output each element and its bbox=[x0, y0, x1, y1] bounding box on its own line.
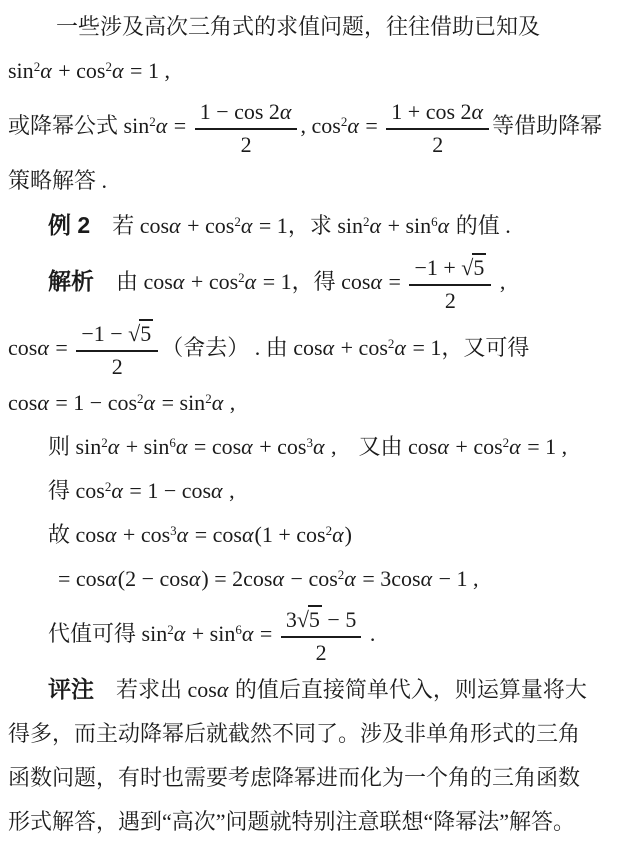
analysis-line-2: cosα = −1 − √52（舍去） . 由 cosα + cos2α = 1… bbox=[8, 315, 632, 381]
math-text: sin bbox=[142, 621, 168, 646]
math-variable: α bbox=[245, 269, 258, 294]
math-text: sin bbox=[337, 213, 363, 238]
fraction: −1 + √52 bbox=[409, 253, 491, 315]
chinese-text: 形式解答，遇到“高次”问题就特别注意联想“降幂法”解答。 bbox=[8, 809, 575, 834]
fraction-numerator: 1 − cos 2α bbox=[195, 97, 298, 130]
math-text: + sin bbox=[186, 621, 235, 646]
power-reduction-formulas: 或降幂公式 sin2α = 1 − cos 2α2, cos2α = 1 + c… bbox=[8, 93, 632, 159]
analysis-line-1: 解析 由 cosα + cos2α = 1，得 cosα = −1 + √52 … bbox=[8, 248, 632, 315]
math-variable: α bbox=[313, 434, 326, 459]
fraction: 1 + cos 2α2 bbox=[386, 97, 489, 159]
math-text: + cos bbox=[53, 58, 106, 83]
chinese-text: （舍去） bbox=[161, 335, 249, 360]
math-variable: α bbox=[242, 522, 255, 547]
chinese-text: 则 bbox=[48, 434, 76, 459]
math-text: ) bbox=[345, 522, 352, 547]
fraction-numerator: 1 + cos 2α bbox=[386, 97, 489, 130]
math-text: 2 bbox=[316, 640, 327, 665]
comment-line-4: 形式解答，遇到“高次”问题就特别注意联想“降幂法”解答。 bbox=[8, 800, 632, 844]
math-text: = bbox=[360, 113, 383, 138]
math-variable: α bbox=[189, 566, 202, 591]
radical-symbol: √ bbox=[461, 255, 472, 280]
fraction: 3√5 − 52 bbox=[281, 605, 362, 667]
fraction-numerator: 3√5 − 5 bbox=[281, 605, 362, 638]
math-text: , cos bbox=[300, 113, 340, 138]
chinese-text: 代值可得 bbox=[48, 621, 142, 646]
math-text: = sin bbox=[156, 390, 205, 415]
math-text: cos bbox=[341, 269, 370, 294]
math-variable: α bbox=[211, 478, 224, 503]
math-variable: α bbox=[177, 522, 190, 547]
math-text: = 1 bbox=[253, 213, 287, 238]
analysis-line-7: = cosα(2 − cosα) = 2cosα − cos2α = 3cosα… bbox=[8, 557, 632, 601]
math-text: = cos bbox=[189, 522, 242, 547]
chinese-text: 的值 bbox=[450, 213, 500, 238]
math-text: = 1 bbox=[407, 335, 441, 360]
analysis-line-5: 得 cos2α = 1 − cosα , bbox=[8, 469, 632, 513]
math-text: −1 − bbox=[81, 321, 128, 346]
superscript: 2 bbox=[205, 391, 212, 406]
radicand: 5 bbox=[139, 319, 153, 346]
math-variable: α bbox=[242, 621, 255, 646]
math-text: sin bbox=[118, 113, 149, 138]
analysis-line-4: 则 sin2α + sin6α = cosα + cos3α , 又由 cosα… bbox=[8, 425, 632, 469]
math-text: 1 + cos 2 bbox=[391, 99, 471, 124]
math-variable: α bbox=[437, 434, 450, 459]
math-text: . bbox=[249, 335, 266, 360]
math-text: cos bbox=[8, 335, 37, 360]
math-variable: α bbox=[217, 677, 230, 702]
math-text: + cos bbox=[335, 335, 388, 360]
math-text: , bbox=[224, 478, 235, 503]
fraction-numerator: −1 + √5 bbox=[409, 253, 491, 286]
fraction: 1 − cos 2α2 bbox=[195, 97, 298, 159]
chinese-text: 得多，而主动降幂后就截然不同了。涉及非单角形式的三角 bbox=[8, 721, 580, 746]
chinese-text: 若求出 bbox=[94, 677, 188, 702]
math-text: ) = 2cos bbox=[201, 566, 272, 591]
superscript: 2 bbox=[363, 214, 370, 229]
math-variable: α bbox=[173, 269, 186, 294]
chinese-text: 策略解答 bbox=[8, 168, 96, 193]
chinese-text: ，得 bbox=[292, 269, 342, 294]
chinese-text: 的值后直接简单代入，则运算量将大 bbox=[229, 677, 587, 702]
math-text: cos bbox=[293, 335, 322, 360]
math-variable: α bbox=[472, 99, 485, 124]
math-text: . bbox=[96, 168, 107, 193]
chinese-text: 得 bbox=[48, 478, 76, 503]
fraction-denominator: 2 bbox=[195, 130, 298, 159]
math-variable: α bbox=[272, 566, 285, 591]
superscript: 2 bbox=[167, 622, 174, 637]
math-text: = 1 , bbox=[125, 58, 170, 83]
math-text: − cos bbox=[285, 566, 338, 591]
superscript: 2 bbox=[137, 391, 144, 406]
chinese-text: 故 bbox=[48, 522, 76, 547]
math-variable: α bbox=[212, 390, 225, 415]
math-text: + cos bbox=[182, 213, 235, 238]
math-variable: α bbox=[169, 213, 182, 238]
math-variable: α bbox=[105, 522, 118, 547]
math-text: = bbox=[254, 621, 277, 646]
math-text: cos bbox=[76, 478, 105, 503]
math-variable: α bbox=[40, 58, 53, 83]
math-text: 1 − cos 2 bbox=[200, 99, 280, 124]
math-variable: α bbox=[37, 335, 50, 360]
math-text: = bbox=[168, 113, 191, 138]
math-text: 2 bbox=[445, 288, 456, 313]
superscript: 2 bbox=[238, 270, 245, 285]
math-variable: α bbox=[438, 213, 451, 238]
fraction-denominator: 2 bbox=[409, 286, 491, 315]
math-text: = 1 − cos bbox=[124, 478, 211, 503]
math-variable: α bbox=[112, 58, 125, 83]
superscript: 6 bbox=[169, 435, 176, 450]
math-variable: α bbox=[241, 434, 254, 459]
superscript: 3 bbox=[170, 523, 177, 538]
bold-label: 评注 bbox=[48, 676, 94, 702]
math-variable: α bbox=[394, 335, 407, 360]
superscript: 2 bbox=[105, 59, 112, 74]
math-text: + cos bbox=[185, 269, 238, 294]
math-text: = 3cos bbox=[357, 566, 421, 591]
math-text: + cos bbox=[254, 434, 307, 459]
math-text: cos bbox=[76, 522, 105, 547]
math-text: = bbox=[50, 335, 73, 360]
math-variable: α bbox=[111, 478, 124, 503]
chinese-text: 又由 bbox=[337, 434, 409, 459]
math-text: + cos bbox=[117, 522, 170, 547]
square-root: √5 bbox=[461, 253, 486, 280]
math-text: cos bbox=[188, 677, 217, 702]
math-variable: α bbox=[323, 335, 336, 360]
math-variable: α bbox=[332, 522, 345, 547]
superscript: 2 bbox=[149, 114, 156, 129]
bold-label: 解析 bbox=[48, 268, 94, 294]
fraction-numerator: −1 − √5 bbox=[76, 319, 158, 352]
math-text: 2 bbox=[112, 354, 123, 379]
math-text: = 1 bbox=[257, 269, 291, 294]
math-text: − 5 bbox=[322, 607, 356, 632]
superscript: 3 bbox=[306, 435, 313, 450]
math-variable: α bbox=[344, 566, 357, 591]
math-text: = 1 − cos bbox=[50, 390, 137, 415]
math-text: cos bbox=[408, 434, 437, 459]
radicand: 5 bbox=[308, 605, 322, 632]
analysis-line-6: 故 cosα + cos3α = cosα(1 + cos2α) bbox=[8, 513, 632, 557]
chinese-text: 函数问题，有时也需要考虑降幂进而化为一个角的三角函数 bbox=[8, 765, 580, 790]
intro-line-1: 一些涉及高次三角式的求值问题，往往借助已知及 bbox=[8, 5, 632, 49]
math-variable: α bbox=[37, 390, 50, 415]
math-variable: α bbox=[105, 566, 118, 591]
radical-symbol: √ bbox=[128, 321, 139, 346]
identity-formula: sin2α + cos2α = 1 , bbox=[8, 49, 632, 93]
math-text: sin bbox=[8, 58, 34, 83]
math-variable: α bbox=[370, 213, 383, 238]
math-variable: α bbox=[421, 566, 434, 591]
superscript: 2 bbox=[101, 435, 108, 450]
radical-symbol: √ bbox=[297, 607, 308, 632]
intro-line-2: 策略解答 . bbox=[8, 159, 632, 203]
chinese-text: 或降幂公式 bbox=[8, 113, 118, 138]
math-variable: α bbox=[144, 390, 157, 415]
math-variable: α bbox=[347, 113, 360, 138]
analysis-line-8: 代值可得 sin2α + sin6α = 3√5 − 52 . bbox=[8, 601, 632, 667]
math-text: 3 bbox=[286, 607, 297, 632]
square-root: √5 bbox=[297, 605, 322, 632]
math-variable: α bbox=[176, 434, 189, 459]
math-variable: α bbox=[280, 99, 293, 124]
superscript: 6 bbox=[235, 622, 242, 637]
radicand: 5 bbox=[472, 253, 486, 280]
math-text: , bbox=[326, 434, 337, 459]
chinese-text: 一些涉及高次三角式的求值问题，往往借助已知及 bbox=[56, 14, 540, 39]
fraction-denominator: 2 bbox=[281, 638, 362, 667]
math-text: = 1 , bbox=[522, 434, 567, 459]
math-text: . bbox=[500, 213, 511, 238]
fraction-denominator: 2 bbox=[386, 130, 489, 159]
math-text: − 1 , bbox=[433, 566, 478, 591]
chinese-text: 由 bbox=[94, 269, 144, 294]
math-text: + sin bbox=[382, 213, 431, 238]
comment-line-2: 得多，而主动降幂后就截然不同了。涉及非单角形式的三角 bbox=[8, 712, 632, 756]
math-text: (2 − cos bbox=[118, 566, 189, 591]
math-variable: α bbox=[241, 213, 254, 238]
math-text: (1 + cos bbox=[255, 522, 326, 547]
analysis-line-3: cosα = 1 − cos2α = sin2α , bbox=[8, 381, 632, 425]
superscript: 6 bbox=[431, 214, 438, 229]
math-text: = bbox=[383, 269, 406, 294]
math-text: + sin bbox=[120, 434, 169, 459]
math-text: cos bbox=[8, 390, 37, 415]
math-text: + cos bbox=[450, 434, 503, 459]
math-text: 2 bbox=[432, 132, 443, 157]
math-variable: α bbox=[156, 113, 169, 138]
math-text: = cos bbox=[58, 566, 105, 591]
math-variable: α bbox=[108, 434, 121, 459]
math-variable: α bbox=[509, 434, 522, 459]
bold-label: 例 2 bbox=[48, 212, 90, 238]
math-text: sin bbox=[76, 434, 102, 459]
math-text: , bbox=[224, 390, 235, 415]
math-text: −1 + bbox=[414, 255, 461, 280]
comment-line-3: 函数问题，有时也需要考虑降幂进而化为一个角的三角函数 bbox=[8, 756, 632, 800]
fraction-denominator: 2 bbox=[76, 352, 158, 381]
square-root: √5 bbox=[128, 319, 153, 346]
fraction: −1 − √52 bbox=[76, 319, 158, 381]
chinese-text: 由 bbox=[266, 335, 294, 360]
math-text: 2 bbox=[241, 132, 252, 157]
math-text: = cos bbox=[188, 434, 241, 459]
chinese-text: ，求 bbox=[288, 213, 338, 238]
math-variable: α bbox=[370, 269, 383, 294]
math-text: cos bbox=[140, 213, 169, 238]
math-text: cos bbox=[144, 269, 173, 294]
chinese-text: ，又可得 bbox=[441, 335, 529, 360]
math-text: . bbox=[364, 621, 375, 646]
math-text: , bbox=[494, 269, 505, 294]
document-body: 一些涉及高次三角式的求值问题，往往借助已知及sin2α + cos2α = 1 … bbox=[0, 0, 640, 844]
chinese-text: 等借助降幂 bbox=[492, 113, 602, 138]
comment-line-1: 评注 若求出 cosα 的值后直接简单代入，则运算量将大 bbox=[8, 667, 632, 712]
chinese-text: 若 bbox=[90, 213, 140, 238]
math-variable: α bbox=[174, 621, 187, 646]
superscript: 2 bbox=[234, 214, 241, 229]
example-heading: 例 2 若 cosα + cos2α = 1，求 sin2α + sin6α 的… bbox=[8, 203, 632, 248]
